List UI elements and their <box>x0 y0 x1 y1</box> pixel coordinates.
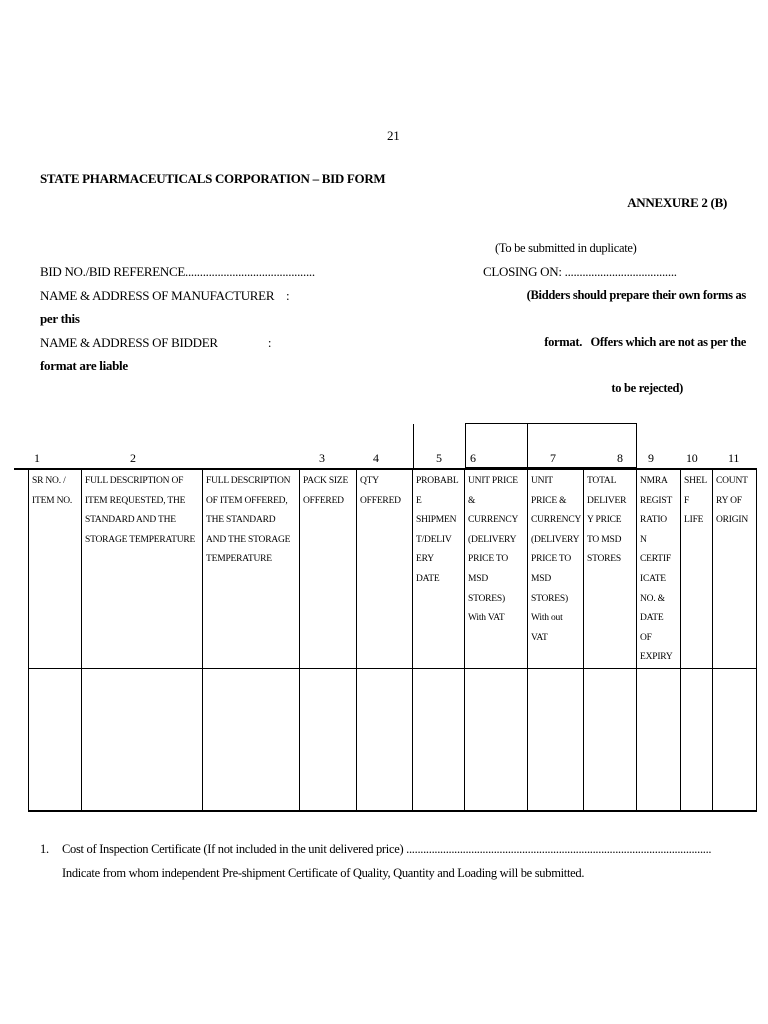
header-cell-unit-price-vat: UNIT PRICE & CURRENCY (DELIVERY PRICE TO… <box>465 470 528 668</box>
header-cell-item-requested: FULL DESCRIPTION OF ITEM REQUESTED, THE … <box>82 470 203 668</box>
table-bottom-rule <box>28 810 757 812</box>
header-cell-nmra-cert: NMRA REGIST RATIO N CERTIF ICATE NO. & D… <box>637 470 681 668</box>
manufacturer-label: NAME & ADDRESS OF MANUFACTURER : <box>40 288 289 303</box>
table-header-row: SR NO. / ITEM NO. FULL DESCRIPTION OF IT… <box>28 470 757 669</box>
body-cell-total-price <box>584 669 637 810</box>
table-body-row <box>28 669 757 810</box>
column-number-9: 9 <box>648 451 654 466</box>
annexure-label: ANNEXURE 2 (B) <box>627 195 727 210</box>
column-number-6: 6 <box>470 451 476 466</box>
bid-reference-label: BID NO./BID REFERENCE...................… <box>40 264 315 279</box>
body-cell-shipment-date <box>413 669 465 810</box>
body-cell-nmra-cert <box>637 669 681 810</box>
header-cell-sr-no: SR NO. / ITEM NO. <box>28 470 82 668</box>
per-this-text: per this <box>40 311 80 326</box>
header-cell-item-offered: FULL DESCRIPTION OF ITEM OFFERED, THE ST… <box>203 470 300 668</box>
header-cell-total-price: TOTAL DELIVER Y PRICE TO MSD STORES <box>584 470 637 668</box>
body-cell-qty-offered <box>357 669 413 810</box>
header-cell-shipment-date: PROBABL E SHIPMEN T/DELIV ERY DATE <box>413 470 465 668</box>
bid-table: SR NO. / ITEM NO. FULL DESCRIPTION OF IT… <box>28 470 757 810</box>
header-cell-country-origin: COUNT RY OF ORIGIN <box>713 470 757 668</box>
bid-form-page: 21 STATE PHARMACEUTICALS CORPORATION – B… <box>0 0 768 1024</box>
header-cell-pack-size: PACK SIZE OFFERED <box>300 470 357 668</box>
footer-item-number: 1. <box>40 842 49 857</box>
column-divider-extension <box>413 424 414 468</box>
column-number-11: 11 <box>728 451 739 466</box>
body-cell-unit-price-vat <box>465 669 528 810</box>
body-cell-item-offered <box>203 669 300 810</box>
column-number-4: 4 <box>373 451 379 466</box>
body-cell-shelf-life <box>681 669 713 810</box>
bidders-note-line1: (Bidders should prepare their own forms … <box>527 288 746 303</box>
column-number-7: 7 <box>550 451 556 466</box>
column-number-8: 8 <box>617 451 623 466</box>
pre-shipment-line: Indicate from whom independent Pre-shipm… <box>62 866 584 881</box>
column-number-2: 2 <box>130 451 136 466</box>
header-cell-shelf-life: SHEL F LIFE <box>681 470 713 668</box>
body-cell-item-requested <box>82 669 203 810</box>
header-cell-qty-offered: QTY OFFERED <box>357 470 413 668</box>
body-cell-pack-size <box>300 669 357 810</box>
format-liable-text: format are liable <box>40 358 128 373</box>
column-number-3: 3 <box>319 451 325 466</box>
duplicate-note: (To be submitted in duplicate) <box>495 241 636 256</box>
body-cell-sr-no <box>28 669 82 810</box>
closing-on-label: CLOSING ON: ............................… <box>483 264 677 279</box>
page-number: 21 <box>387 128 399 143</box>
bidder-label: NAME & ADDRESS OF BIDDER : <box>40 335 271 350</box>
column-number-10: 10 <box>686 451 698 466</box>
column-number-5: 5 <box>436 451 442 466</box>
column-number-1: 1 <box>34 451 40 466</box>
document-title: STATE PHARMACEUTICALS CORPORATION – BID … <box>40 171 385 186</box>
body-cell-unit-price-novat <box>528 669 584 810</box>
inspection-certificate-line: Cost of Inspection Certificate (If not i… <box>62 842 711 857</box>
bidders-note-line3: to be rejected) <box>611 381 683 396</box>
body-cell-country-origin <box>713 669 757 810</box>
bidders-note-line2: format. Offers which are not as per the <box>544 335 746 350</box>
header-cell-unit-price-novat: UNIT PRICE & CURRENCY (DELIVERY PRICE TO… <box>528 470 584 668</box>
